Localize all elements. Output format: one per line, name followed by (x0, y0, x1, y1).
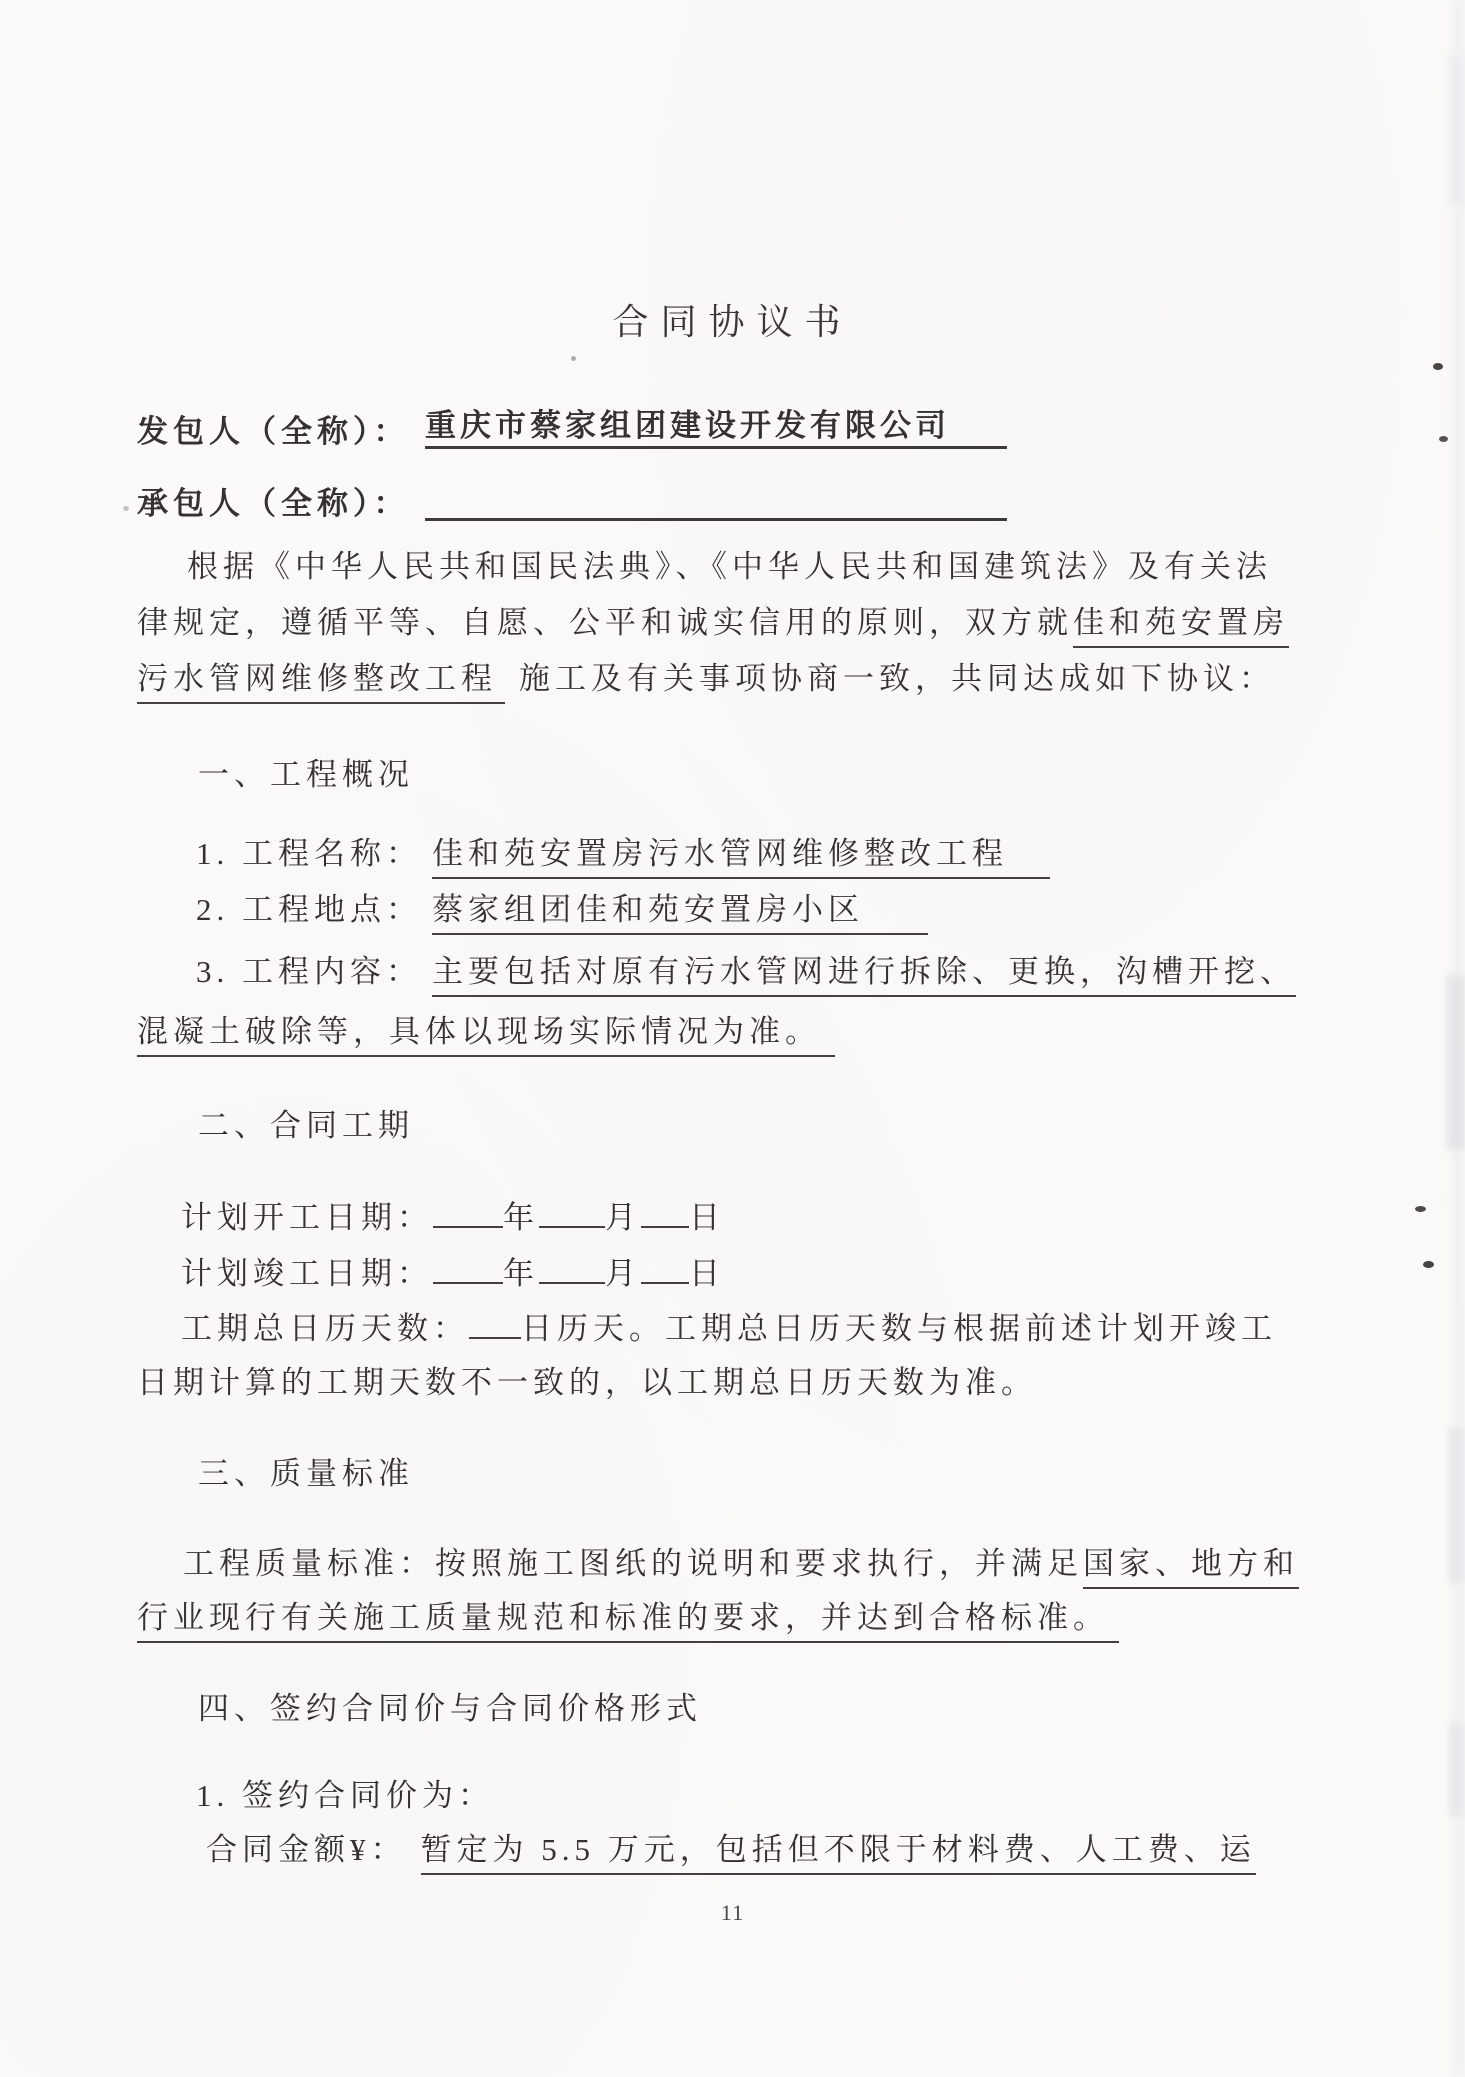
project-content-value-2: 混凝土破除等，具体以现场实际情况为准。 (137, 1010, 835, 1057)
document-title: 合同协议书 (0, 300, 1465, 344)
contractor-label: 承包人（全称）： (137, 486, 410, 521)
total-days-blank (469, 1307, 521, 1339)
project-location-label: 2. 工程地点： (196, 892, 422, 927)
employer-name-field: 重庆市蔡家组团建设开发有限公司 (425, 404, 1007, 449)
employer-label: 发包人（全称）： (137, 414, 410, 449)
contractor-name-field (425, 476, 1007, 521)
finish-year-blank (433, 1252, 503, 1284)
preamble-line-2-plain: 律规定，遵循平等、自愿、公平和诚实信用的原则，双方就 (137, 605, 1073, 640)
section-price-heading: 四、签约合同价与合同价格形式 (198, 1687, 702, 1731)
page-number: 11 (0, 1900, 1465, 1926)
project-name-label: 1. 工程名称： (196, 836, 422, 871)
project-location-value: 蔡家组团佳和苑安置房小区 (432, 888, 928, 935)
month-suffix-2: 月 (605, 1256, 641, 1291)
contract-page: 合同协议书 发包人（全称）： 重庆市蔡家组团建设开发有限公司 承包人（全称）： … (0, 0, 1465, 2077)
quality-standard-plain: 工程质量标准：按照施工图纸的说明和要求执行，并满足 (183, 1546, 1083, 1581)
scan-edge-shade-4 (1449, 55, 1465, 205)
contractor-row: 承包人（全称）： (137, 482, 410, 526)
total-days-note-2: 日期计算的工期天数不一致的，以工期总日历天数为准。 (137, 1361, 1037, 1405)
project-name-inline-2: 污水管网维修整改工程 (137, 657, 505, 704)
start-year-blank (433, 1196, 503, 1228)
quality-standard-row-2: 行业现行有关施工质量规范和标准的要求，并达到合格标准。 (137, 1596, 1119, 1643)
start-month-blank (539, 1196, 605, 1228)
scan-speck-4 (1423, 1261, 1434, 1268)
total-days-unit: 日历天。 (521, 1311, 665, 1346)
scan-speck-5 (571, 356, 576, 361)
project-name-value: 佳和苑安置房污水管网维修整改工程 (432, 832, 1050, 879)
year-suffix-2: 年 (503, 1256, 539, 1291)
project-content-value-1: 主要包括对原有污水管网进行拆除、更换，沟槽开挖、 (432, 950, 1296, 997)
year-suffix: 年 (503, 1200, 539, 1235)
finish-month-blank (539, 1252, 605, 1284)
scan-speck-1 (1433, 363, 1443, 370)
contract-amount-value: 暂定为 5.5 万元，包括但不限于材料费、人工费、运 (421, 1828, 1256, 1875)
planned-finish-label: 计划竣工日期： (181, 1256, 433, 1291)
planned-start-row: 计划开工日期：年月日 (181, 1196, 725, 1240)
contract-price-item: 1. 签约合同价为： (196, 1774, 494, 1818)
scan-edge-shade-3 (1448, 1722, 1465, 1817)
scan-edge-shade-2 (1448, 1428, 1465, 1583)
preamble-line-3: 污水管网维修整改工程施工及有关事项协商一致，共同达成如下协议： (137, 657, 1275, 704)
project-name-inline: 佳和苑安置房 (1073, 601, 1289, 648)
finish-day-blank (641, 1252, 689, 1284)
project-content-row-2: 混凝土破除等，具体以现场实际情况为准。 (137, 1010, 835, 1057)
day-suffix-2: 日 (689, 1256, 725, 1291)
employer-name: 重庆市蔡家组团建设开发有限公司 (425, 408, 950, 443)
total-days-note-1: 工期总日历天数与根据前述计划开竣工 (665, 1311, 1277, 1346)
project-content-row: 3. 工程内容：主要包括对原有污水管网进行拆除、更换，沟槽开挖、 (196, 950, 1296, 997)
preamble-line-3-plain: 施工及有关事项协商一致，共同达成如下协议： (519, 661, 1275, 696)
employer-row: 发包人（全称）： (137, 410, 410, 454)
quality-standard-underline-2: 行业现行有关施工质量规范和标准的要求，并达到合格标准。 (137, 1596, 1119, 1643)
project-name-row: 1. 工程名称：佳和苑安置房污水管网维修整改工程 (196, 832, 1050, 879)
section-duration-heading: 二、合同工期 (198, 1104, 414, 1148)
planned-start-label: 计划开工日期： (181, 1200, 433, 1235)
scan-speck-2 (1439, 436, 1448, 442)
month-suffix: 月 (605, 1200, 641, 1235)
total-days-label: 工期总日历天数： (181, 1311, 469, 1346)
project-content-label: 3. 工程内容： (196, 954, 422, 989)
preamble-line-2: 律规定，遵循平等、自愿、公平和诚实信用的原则，双方就佳和苑安置房 (137, 601, 1289, 648)
quality-standard-underline-1: 国家、地方和 (1083, 1542, 1299, 1589)
preamble-line-1: 根据《中华人民共和国民法典》、《中华人民共和国建筑法》及有关法 (187, 545, 1272, 589)
project-location-row: 2. 工程地点：蔡家组团佳和苑安置房小区 (196, 888, 928, 935)
scan-speck-3 (1415, 1206, 1426, 1212)
contract-amount-row: 合同金额¥：暂定为 5.5 万元，包括但不限于材料费、人工费、运 (206, 1828, 1256, 1875)
scan-speck-6 (123, 506, 129, 511)
quality-standard-row: 工程质量标准：按照施工图纸的说明和要求执行，并满足国家、地方和 (183, 1542, 1299, 1589)
day-suffix: 日 (689, 1200, 725, 1235)
section-overview-heading: 一、工程概况 (198, 753, 414, 797)
planned-finish-row: 计划竣工日期：年月日 (181, 1252, 725, 1296)
start-day-blank (641, 1196, 689, 1228)
scan-edge-shade-1 (1446, 975, 1465, 1150)
contract-amount-label: 合同金额¥： (206, 1832, 407, 1867)
section-quality-heading: 三、质量标准 (198, 1452, 414, 1496)
total-days-row: 工期总日历天数：日历天。工期总日历天数与根据前述计划开竣工 (181, 1307, 1277, 1351)
